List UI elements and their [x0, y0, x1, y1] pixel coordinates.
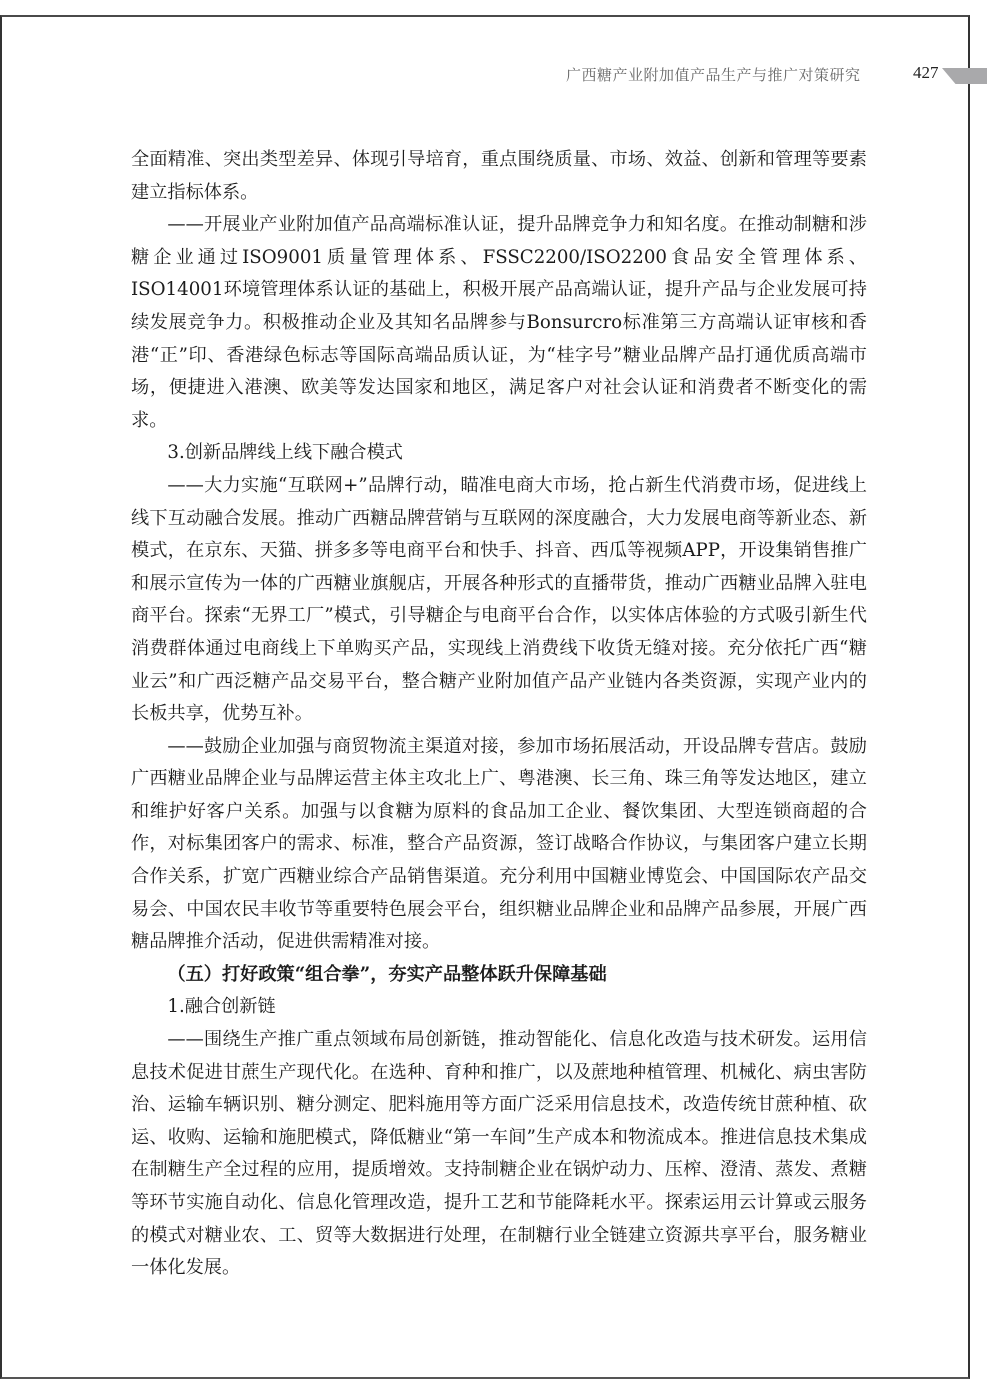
- section-heading-policy: （五）打好政策“组合拳”，夯实产品整体跃升保障基础: [131, 959, 867, 992]
- page-body: 全面精准、突出类型差异、体现引导培育，重点围绕质量、市场、效益、创新和管理等要素…: [131, 144, 867, 1285]
- paragraph-continuation: 全面精准、突出类型差异、体现引导培育，重点围绕质量、市场、效益、创新和管理等要素…: [131, 144, 867, 209]
- paragraph-trade-channels: ——鼓励企业加强与商贸物流主渠道对接，参加市场拓展活动，开设品牌专营店。鼓励广西…: [131, 731, 867, 959]
- paragraph-innovation: ——围绕生产推广重点领域布局创新链，推动智能化、信息化改造与技术研发。运用信息技…: [131, 1024, 867, 1285]
- page-number: 427: [913, 63, 939, 83]
- subheading-innovation-chain: 1.融合创新链: [131, 991, 867, 1024]
- paragraph-internet-plus: ——大力实施“互联网+”品牌行动，瞄准电商大市场，抢占新生代消费市场，促进线上线…: [131, 470, 867, 731]
- subheading-online-offline: 3.创新品牌线上线下融合模式: [131, 437, 867, 470]
- running-header-title: 广西糖产业附加值产品生产与推广对策研究: [566, 64, 861, 85]
- paragraph-certification: ——开展业产业附加值产品高端标准认证，提升品牌竞争力和知名度。在推动制糖和涉糖企…: [131, 209, 867, 437]
